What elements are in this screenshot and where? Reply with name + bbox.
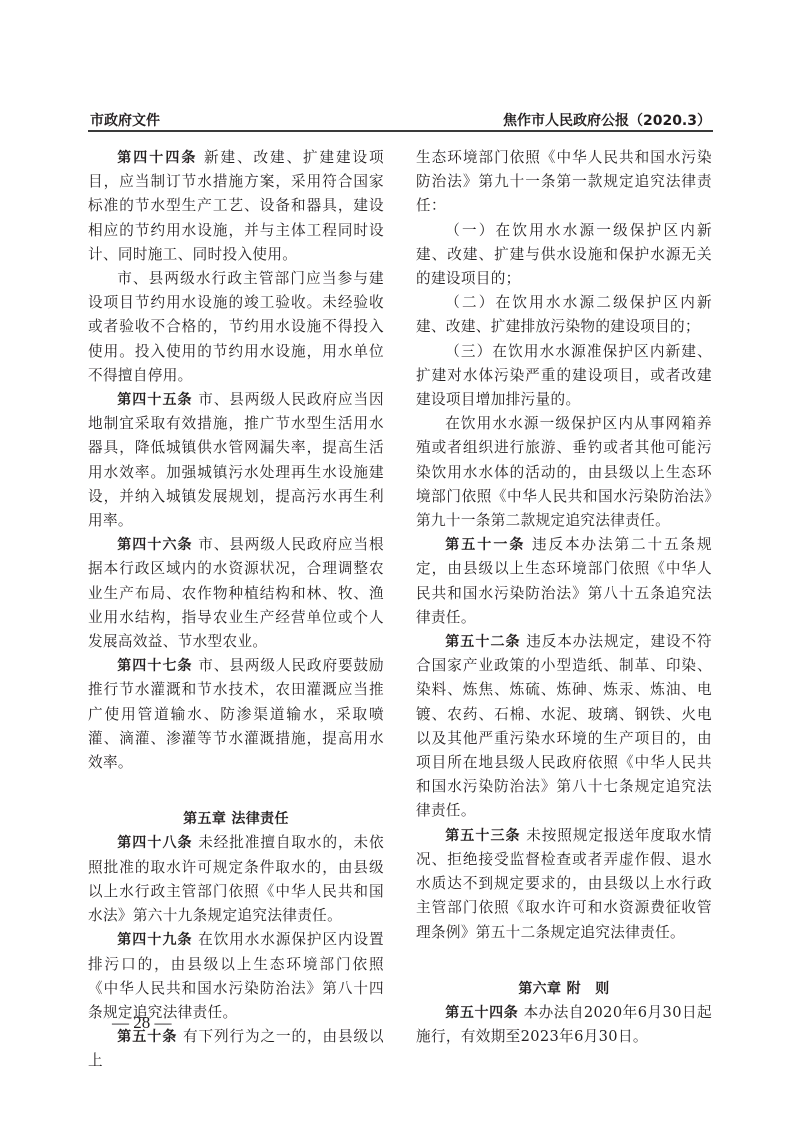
section-label: 市政府文件 bbox=[90, 110, 160, 130]
article-label: 第五十二条 bbox=[445, 634, 520, 650]
article-label: 第五十三条 bbox=[445, 828, 520, 844]
running-header: 市政府文件 焦作市人民政府公报（2020.3） bbox=[88, 108, 713, 132]
publication-title: 焦作市人民政府公报（2020.3） bbox=[503, 110, 711, 130]
article-label: 第四十五条 bbox=[117, 392, 192, 408]
article-text: 市、县两级人民政府应当根据本行政区域内的水资源状况，合理调整农业生产布局、农作物… bbox=[88, 536, 384, 650]
article-54: 第五十四条 本办法自2020年6月30日起施行，有效期至2023年6月30日。 bbox=[416, 1001, 712, 1049]
list-item-2: （二）在饮用水水源二级保护区内新建、改建、扩建排放污染物的建设项目的； bbox=[416, 291, 712, 339]
article-text: 违反本办法规定，建设不符合国家产业政策的小型造纸、制革、印染、染料、炼焦、炼硫、… bbox=[416, 633, 712, 819]
paragraph: 市、县两级水行政主管部门应当参与建设项目节约用水设施的竣工验收。未经验收或者验收… bbox=[88, 267, 384, 388]
article-48: 第四十八条 未经批准擅自取水的，未依照批准的取水许可规定条件取水的，由县级以上水… bbox=[88, 831, 384, 928]
continued-text: 生态环境部门依照《中华人民共和国水污染防治法》第九十一条第一款规定追究法律责任： bbox=[416, 146, 712, 219]
paragraph: 在饮用水水源一级保护区内从事网箱养殖或者组织进行旅游、垂钓或者其他可能污染饮用水… bbox=[416, 412, 712, 533]
article-44: 第四十四条 新建、改建、扩建建设项目，应当制订节水措施方案，采用符合国家标准的节… bbox=[88, 146, 384, 267]
article-label: 第四十七条 bbox=[117, 658, 192, 674]
article-label: 第四十九条 bbox=[117, 932, 192, 948]
page-number: — 28 — bbox=[112, 1013, 172, 1033]
left-column: 第四十四条 新建、改建、扩建建设项目，应当制订节水措施方案，采用符合国家标准的节… bbox=[88, 146, 384, 1074]
article-45: 第四十五条 市、县两级人民政府应当因地制宜采取有效措施，推广节水型生活用水器具，… bbox=[88, 388, 384, 533]
article-label: 第四十六条 bbox=[117, 537, 192, 553]
article-label: 第五十四条 bbox=[445, 1005, 518, 1021]
article-label: 第四十四条 bbox=[117, 150, 197, 166]
article-53: 第五十三条 未按照规定报送年度取水情况、拒绝接受监督检查或者弄虚作假、退水水质达… bbox=[416, 824, 712, 945]
article-text: 市、县两级人民政府要鼓励推行节水灌溉和节水技术，农田灌溉应当推广使用管道输水、防… bbox=[88, 657, 384, 771]
article-47: 第四十七条 市、县两级人民政府要鼓励推行节水灌溉和节水技术，农田灌溉应当推广使用… bbox=[88, 654, 384, 775]
right-column: 生态环境部门依照《中华人民共和国水污染防治法》第九十一条第一款规定追究法律责任：… bbox=[416, 146, 712, 1049]
article-51: 第五十一条 违反本办法第二十五条规定，由县级以上生态环境部门依照《中华人民共和国… bbox=[416, 533, 712, 630]
chapter-heading-6: 第六章 附 则 bbox=[416, 977, 712, 1001]
list-item-3: （三）在饮用水水源准保护区内新建、扩建对水体污染严重的建设项目，或者改建建设项目… bbox=[416, 340, 712, 413]
article-label: 第五十一条 bbox=[445, 537, 525, 553]
article-label: 第四十八条 bbox=[117, 835, 192, 851]
article-46: 第四十六条 市、县两级人民政府应当根据本行政区域内的水资源状况，合理调整农业生产… bbox=[88, 533, 384, 654]
article-text: 新建、改建、扩建建设项目，应当制订节水措施方案，采用符合国家标准的节水型生产工艺… bbox=[88, 149, 384, 263]
chapter-heading-5: 第五章 法律责任 bbox=[88, 807, 384, 831]
article-49: 第四十九条 在饮用水水源保护区内设置排污口的，由县级以上生态环境部门依照《中华人… bbox=[88, 928, 384, 1025]
article-text: 市、县两级人民政府应当因地制宜采取有效措施，推广节水型生活用水器具，降低城镇供水… bbox=[88, 391, 384, 529]
list-item-1: （一）在饮用水水源一级保护区内新建、改建、扩建与供水设施和保护水源无关的建设项目… bbox=[416, 219, 712, 292]
article-52: 第五十二条 违反本办法规定，建设不符合国家产业政策的小型造纸、制革、印染、染料、… bbox=[416, 630, 712, 824]
